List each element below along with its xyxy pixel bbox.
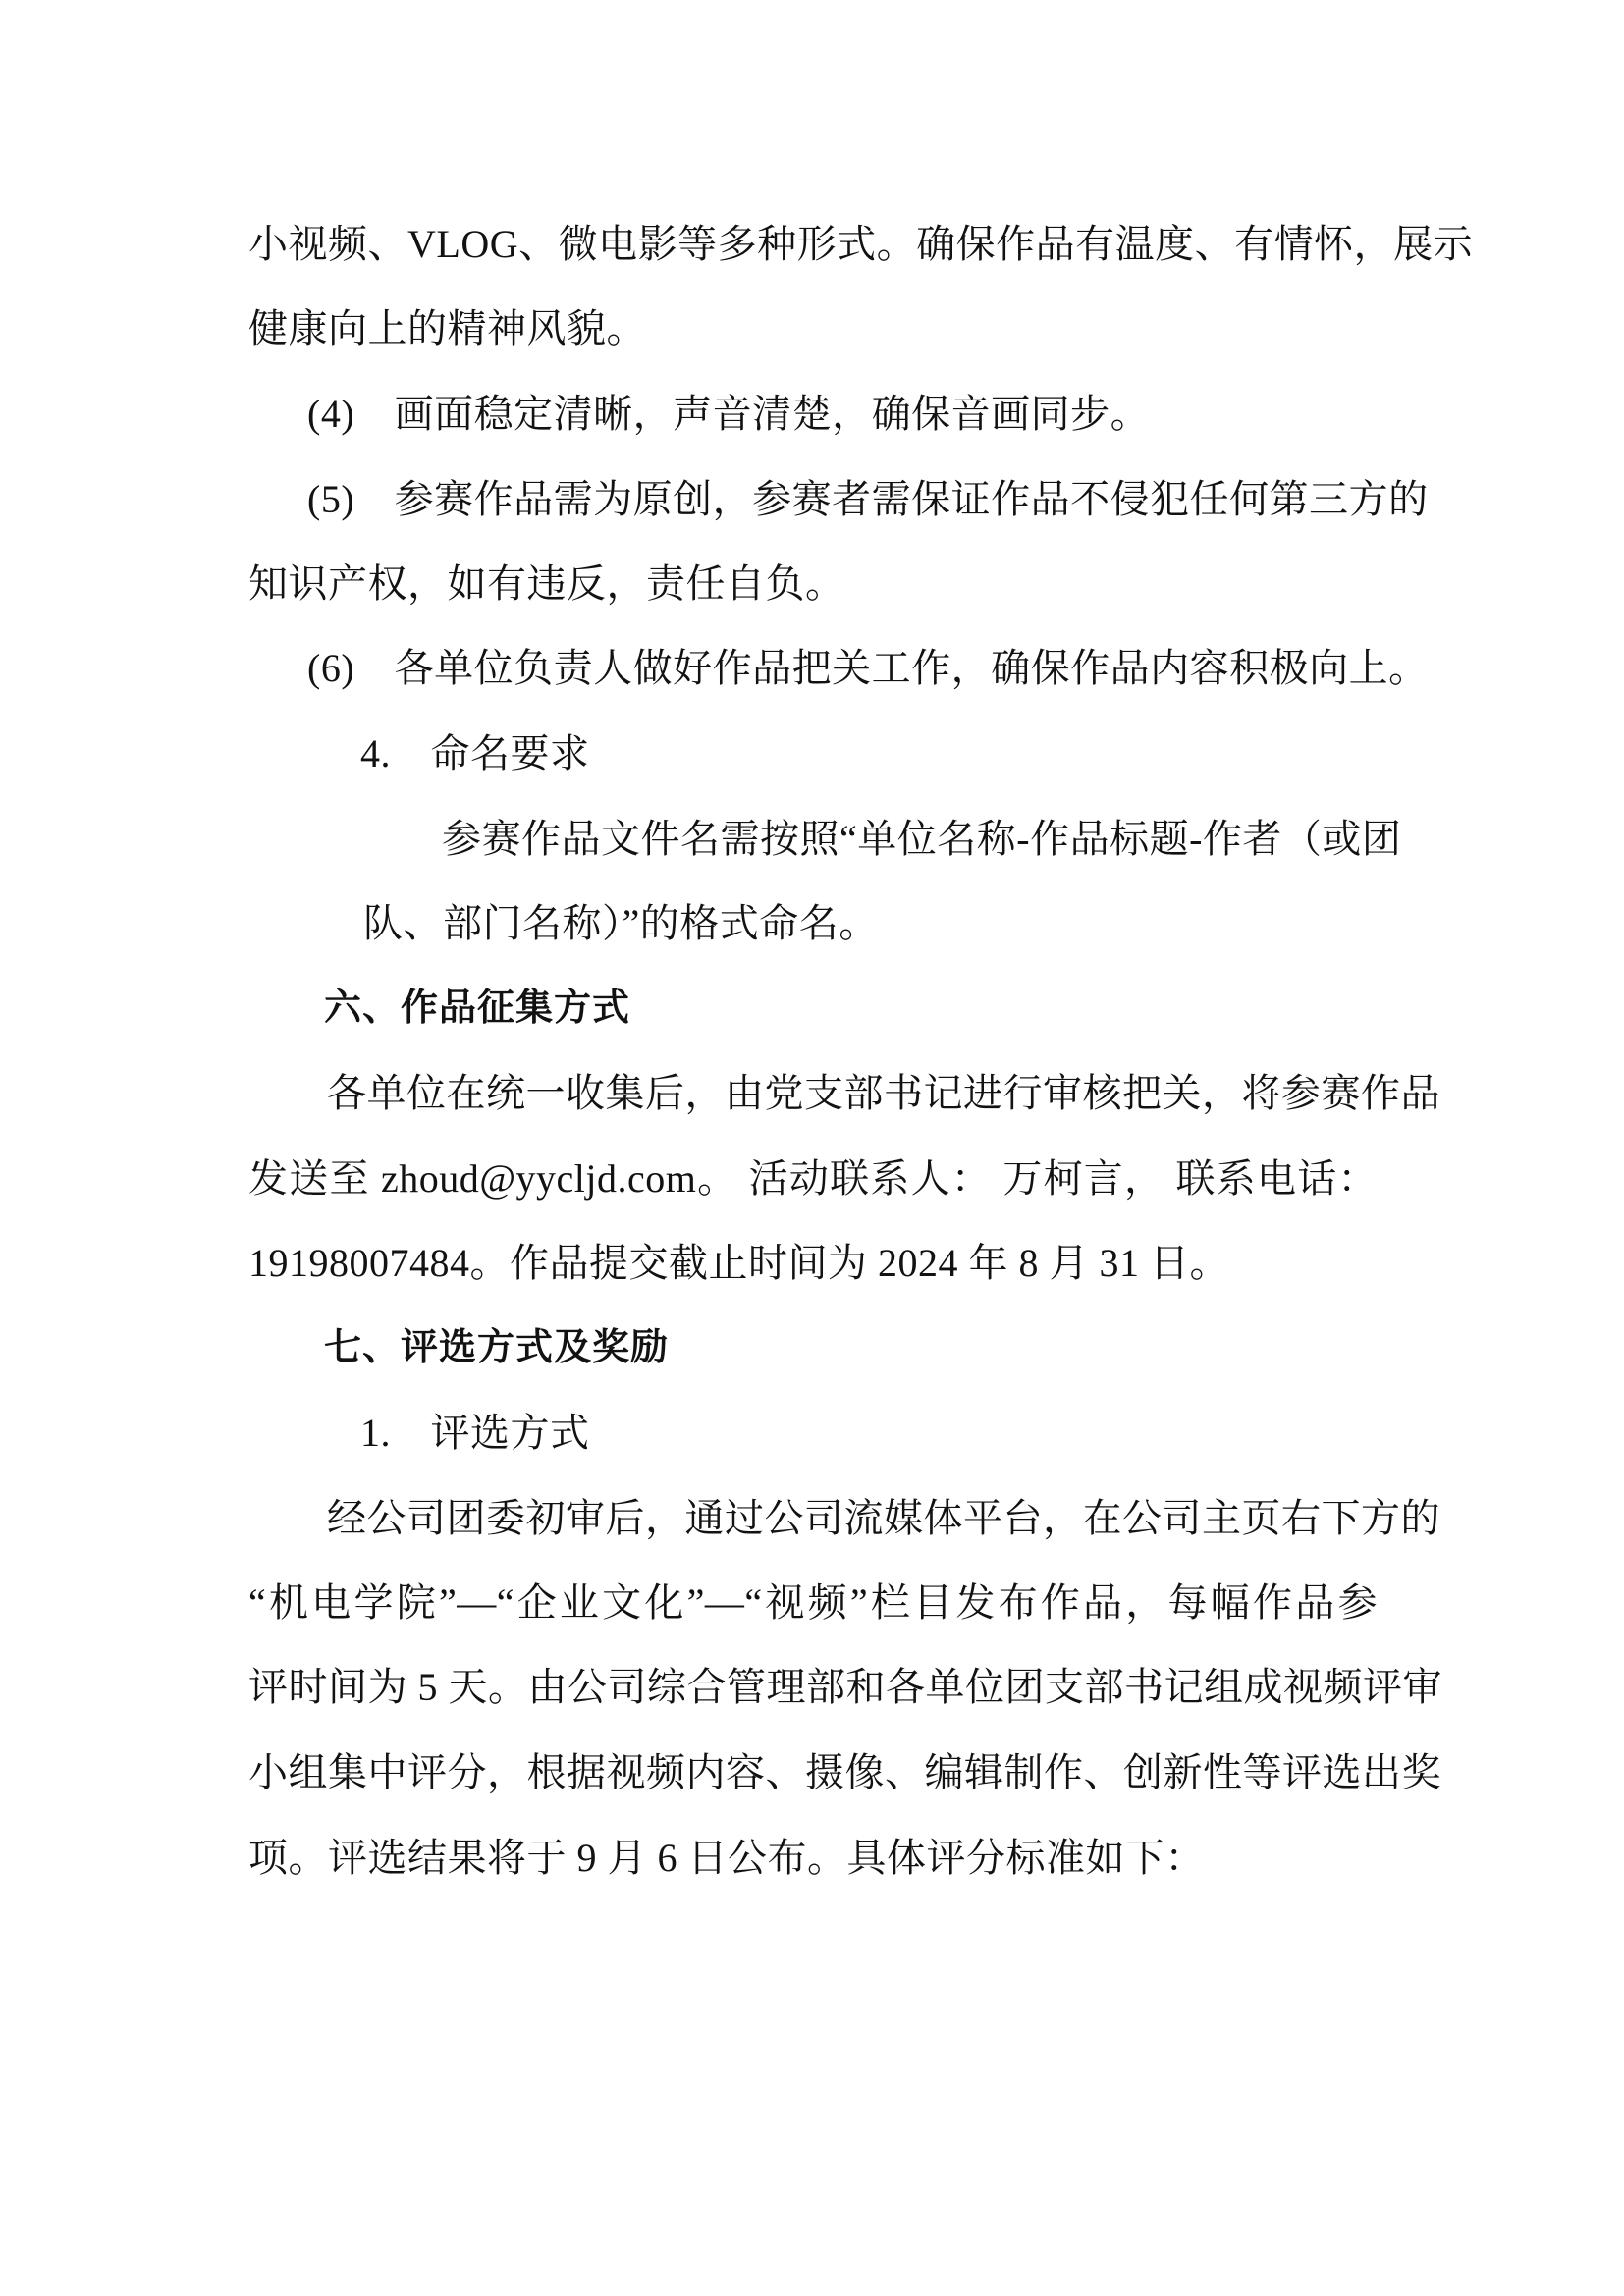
paragraph-line: 队、部门名称）”的格式命名。 — [363, 901, 879, 946]
list-item-6: (6) 各单位负责人做好作品把关工作，确保作品内容积极向上。 — [307, 646, 1378, 691]
list-item-5: (5) 参赛作品需为原创，参赛者需保证作品不侵犯任何第三方的 — [307, 477, 1378, 522]
paragraph-line: 参赛作品文件名需按照“单位名称-作品标题-作者（或团 — [442, 817, 1378, 862]
document-page: 小视频、VLOG、微电影等多种形式。确保作品有温度、有情怀，展示 健康向上的精神… — [0, 0, 1624, 2296]
paragraph-line: 各单位在统一收集后，由党支部书记进行审核把关，将参赛作品 — [327, 1071, 1378, 1116]
paragraph-line: “机电学院”—“企业文化”—“视频”栏目发布作品，每幅作品参 — [248, 1580, 1378, 1626]
paragraph-line-phone: 19198007484。作品提交截止时间为 2024 年 8 月 31 日。 — [248, 1241, 1229, 1286]
paragraph-line: 小组集中评分，根据视频内容、摄像、编辑制作、创新性等评选出奖 — [248, 1750, 1378, 1795]
list-item-4: (4) 画面稳定清晰，声音清楚，确保音画同步。 — [307, 392, 1150, 437]
paragraph-line: 经公司团委初审后，通过公司流媒体平台，在公司主页右下方的 — [327, 1496, 1378, 1541]
sub-item-naming-rule: 4. 命名要求 — [360, 731, 590, 776]
paragraph-line: 健康向上的精神风貌。 — [248, 306, 646, 351]
paragraph-line: 知识产权，如有违反，责任自负。 — [248, 561, 845, 607]
section-heading-seven: 七、评选方式及奖励 — [324, 1325, 669, 1370]
paragraph-line: 小视频、VLOG、微电影等多种形式。确保作品有温度、有情怀，展示 — [248, 222, 1378, 267]
section-heading-six: 六、作品征集方式 — [324, 986, 630, 1031]
sub-item-selection-method: 1. 评选方式 — [360, 1411, 590, 1456]
paragraph-line-email: 发送至 zhoud@yycljd.com。 活动联系人： 万柯言， 联系电话： — [248, 1156, 1378, 1201]
paragraph-line: 评时间为 5 天。由公司综合管理部和各单位团支部书记组成视频评审 — [248, 1665, 1378, 1710]
paragraph-line: 项。评选结果将于 9 月 6 日公布。具体评分标准如下： — [248, 1836, 1205, 1881]
